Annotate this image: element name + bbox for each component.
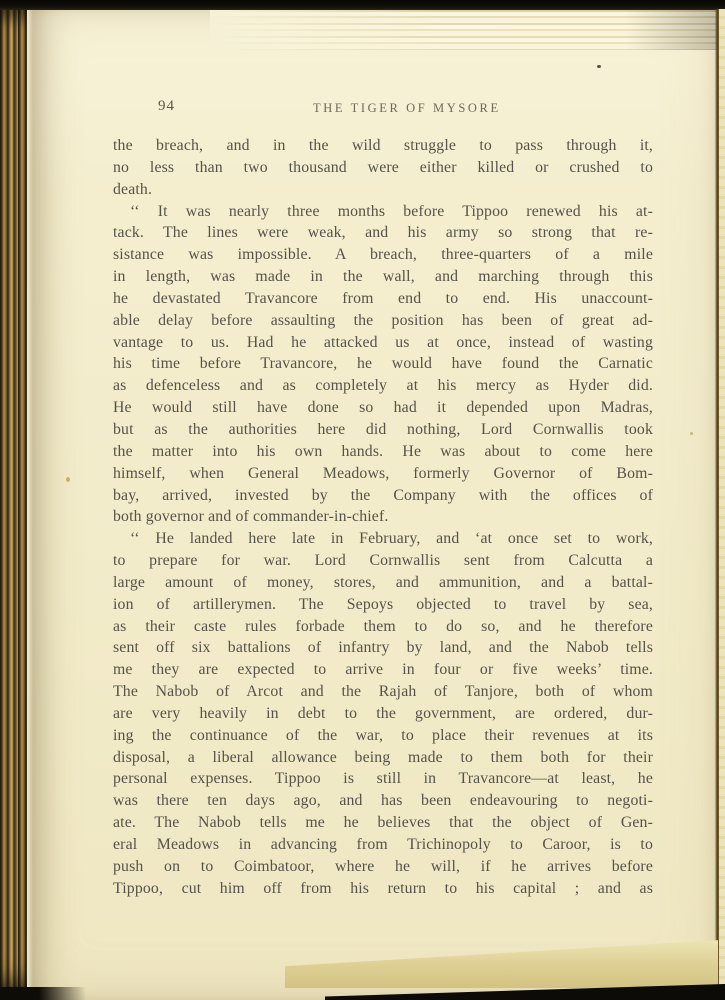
text-line: ion of artillerymen. The Sepoys objected… [113, 594, 653, 616]
text-line: death. [113, 179, 653, 201]
page-number: 94 [158, 98, 175, 115]
text-line: ate. The Nabob tells me he believes that… [113, 812, 653, 834]
text-line: disposal, a liberal allowance being made… [113, 747, 653, 769]
text-line: tack. The lines were weak, and his army … [113, 222, 653, 244]
text-line: the breach, and in the wild struggle to … [113, 135, 653, 157]
text-line: vantage to us. Had he attacked us at onc… [113, 332, 653, 354]
text-line: no less than two thousand were either ki… [113, 157, 653, 179]
text-line: eral Meadows in advancing from Trichinop… [113, 834, 653, 856]
text-line: sent off six battalions of infantry by l… [113, 637, 653, 659]
paper-speck [597, 65, 601, 68]
text-line: to prepare for war. Lord Cornwallis sent… [113, 550, 653, 572]
text-line: me they are expected to arrive in four o… [113, 659, 653, 681]
text-line: himself, when General Meadows, formerly … [113, 463, 653, 485]
text-line: ‘‘ It was nearly three months before Tip… [113, 201, 653, 223]
text-line: ‘‘ He landed here late in February, and … [113, 528, 653, 550]
text-line: personal expenses. Tippoo is still in Tr… [113, 768, 653, 790]
text-line: ing the continuance of the war, to place… [113, 725, 653, 747]
page-fore-edge-top [210, 10, 717, 50]
text-line: as defenceless and as completely at his … [113, 375, 653, 397]
next-page-edge [719, 9, 725, 988]
text-line: bay, arrived, invested by the Company wi… [113, 485, 653, 507]
book-page: 94 THE TIGER OF MYSORE the breach, and i… [26, 9, 718, 1000]
text-line: sistance was impossible. A breach, three… [113, 244, 653, 266]
book-binding-edge [0, 9, 27, 1000]
running-header: THE TIGER OF MYSORE [313, 101, 501, 116]
text-line: push on to Coimbatoor, where he will, if… [113, 856, 653, 878]
text-line: his time before Travancore, he would hav… [113, 353, 653, 375]
text-line: in length, was made in the wall, and mar… [113, 266, 653, 288]
text-line: large amount of money, stores, and ammun… [113, 572, 653, 594]
text-line: The Nabob of Arcot and the Rajah of Tanj… [113, 681, 653, 703]
page-text: the breach, and in the wild struggle to … [113, 135, 653, 900]
text-line: able delay before assaulting the positio… [113, 310, 653, 332]
text-line: Tippoo, cut him off from his return to h… [113, 878, 653, 900]
text-line: was there ten days ago, and has been end… [113, 790, 653, 812]
scanned-book-photo: 94 THE TIGER OF MYSORE the breach, and i… [0, 0, 725, 1000]
paper-speck [690, 432, 693, 435]
text-line: the matter into his own hands. He was ab… [113, 441, 653, 463]
paper-speck [66, 477, 70, 482]
photo-bottom-left-corner [0, 987, 86, 1000]
text-line: as their caste rules forbade them to do … [113, 616, 653, 638]
text-line: both governor and of commander-in-chief. [113, 506, 653, 528]
text-line: he devastated Travancore from end to end… [113, 288, 653, 310]
photo-top-edge [0, 0, 725, 10]
text-line: He would still have done so had it depen… [113, 397, 653, 419]
text-line: are very heavily in debt to the governme… [113, 703, 653, 725]
text-line: but as the authorities here did nothing,… [113, 419, 653, 441]
